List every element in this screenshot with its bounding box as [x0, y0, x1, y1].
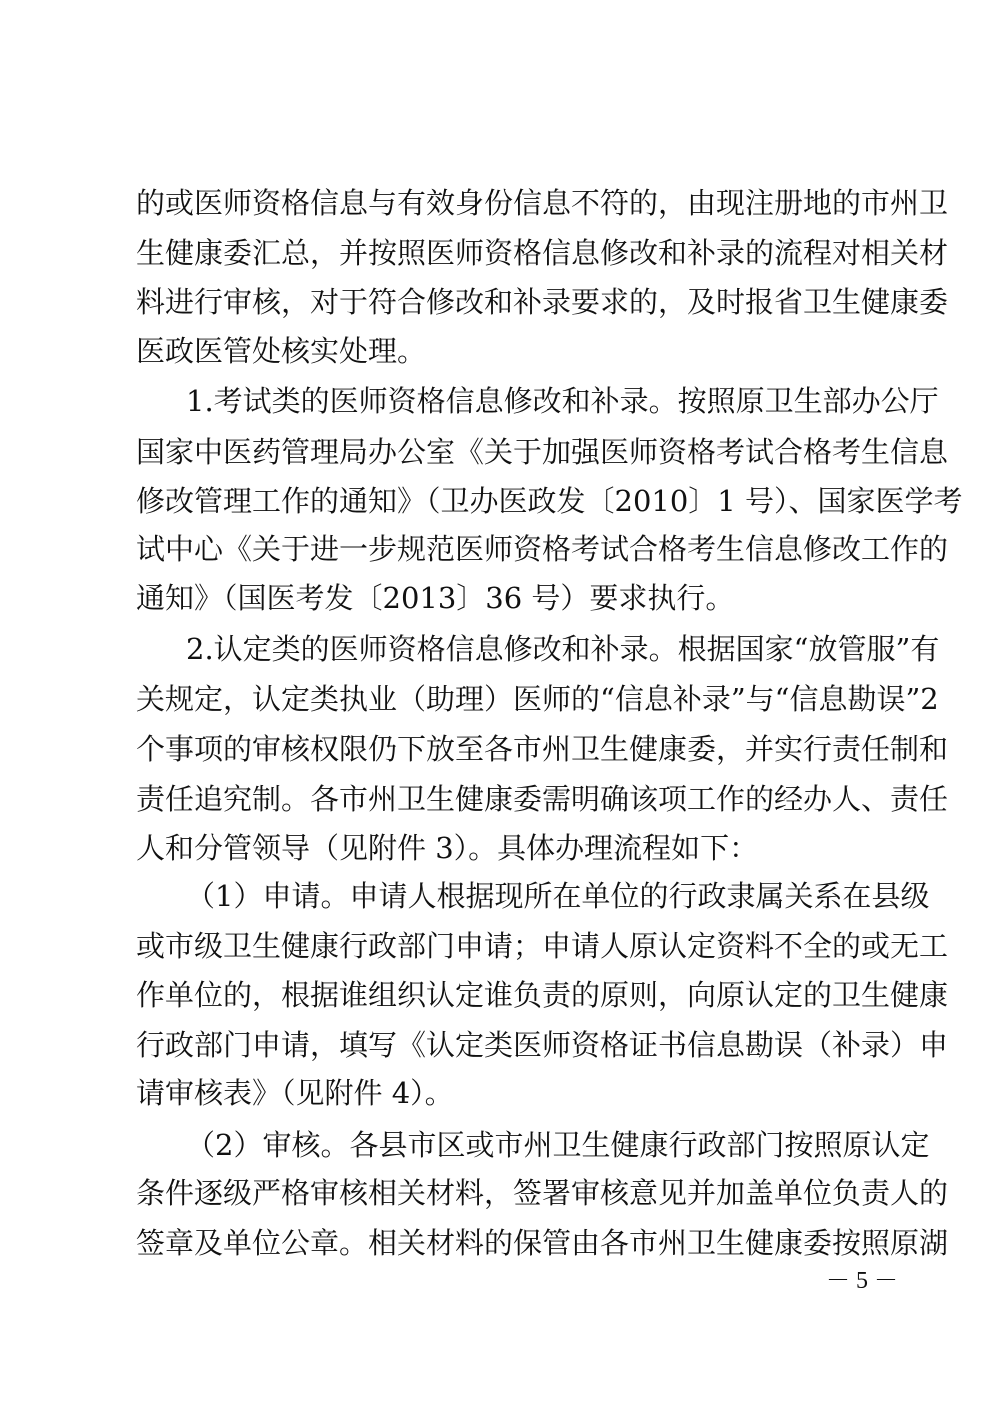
text-line: 个事项的审核权限仍下放至各市州卫生健康委，并实行责任制和 — [136, 729, 876, 769]
section-heading-line: 1.考试类的医师资格信息修改和补录。按照原卫生部办公厅 — [186, 381, 876, 421]
text-line: 责任追究制。各市州卫生健康委需明确该项工作的经办人、责任 — [136, 779, 876, 819]
page-number: － 5 － — [826, 1264, 886, 1298]
text-line: 料进行审核，对于符合修改和补录要求的，及时报省卫生健康委 — [136, 282, 876, 322]
section-heading-line: 2.认定类的医师资格信息修改和补录。根据国家“放管服”有 — [186, 629, 876, 669]
text-line: 通知》（国医考发〔2013〕36 号）要求执行。 — [136, 578, 876, 618]
text-line: 生健康委汇总，并按照医师资格信息修改和补录的流程对相关材 — [136, 233, 876, 273]
text-line: 试中心《关于进一步规范医师资格考试合格考生信息修改工作的 — [136, 529, 876, 569]
text-line: 国家中医药管理局办公室《关于加强医师资格考试合格考生信息 — [136, 432, 876, 472]
step-heading-line: （1）申请。申请人根据现所在单位的行政隶属关系在县级 — [186, 876, 876, 916]
text-line: 条件逐级严格审核相关材料，签署审核意见并加盖单位负责人的 — [136, 1173, 876, 1213]
text-line: 医政医管处核实处理。 — [136, 331, 876, 371]
text-line: 作单位的，根据谁组织认定谁负责的原则，向原认定的卫生健康 — [136, 975, 876, 1015]
text-line: 或市级卫生健康行政部门申请；申请人原认定资料不全的或无工 — [136, 926, 876, 966]
text-line: 请审核表》（见附件 4）。 — [136, 1073, 876, 1113]
text-line: 行政部门申请，填写《认定类医师资格证书信息勘误（补录）申 — [136, 1025, 876, 1065]
document-page: 的或医师资格信息与有效身份信息不符的，由现注册地的市州卫 生健康委汇总，并按照医… — [0, 0, 1000, 1412]
text-line: 的或医师资格信息与有效身份信息不符的，由现注册地的市州卫 — [136, 183, 876, 223]
text-line: 修改管理工作的通知》（卫办医政发〔2010〕1 号）、国家医学考 — [136, 481, 876, 521]
text-line: 人和分管领导（见附件 3）。具体办理流程如下： — [136, 828, 876, 868]
text-line: 关规定，认定类执业（助理）医师的“信息补录”与“信息勘误”2 — [136, 679, 876, 719]
step-heading-line: （2）审核。各县市区或市州卫生健康行政部门按照原认定 — [186, 1125, 876, 1165]
text-line: 签章及单位公章。相关材料的保管由各市州卫生健康委按照原湖 — [136, 1223, 876, 1263]
